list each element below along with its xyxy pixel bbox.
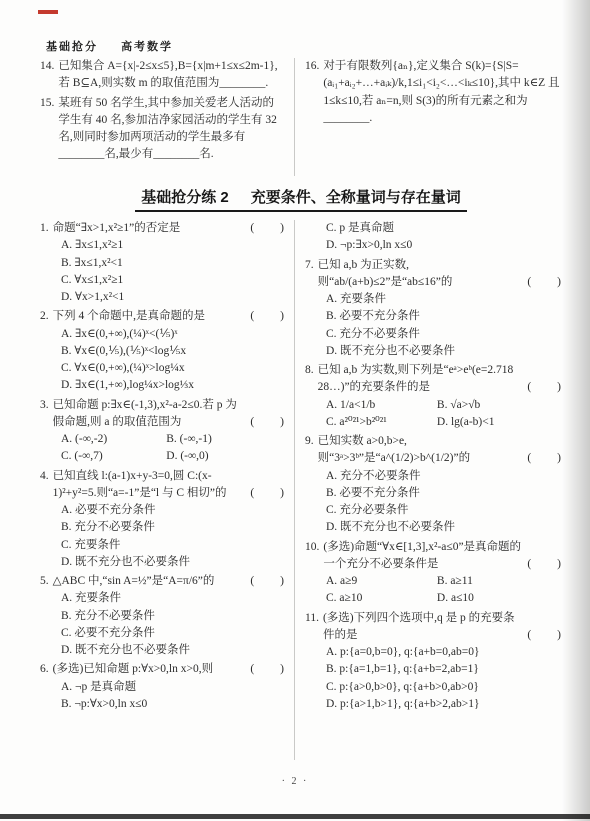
section-title: 基础抢分练 2充要条件、全称量词与存在量词 xyxy=(40,186,562,212)
problem-stem: (多选)下列四个选项中,q 是 p 的充要条件的是 xyxy=(323,610,524,645)
problem-number: 9. xyxy=(305,433,318,468)
previous-exercise-section: 14.已知集合 A={x|-2≤x≤5},B={x|m+1≤x≤2m-1},若 … xyxy=(40,58,562,176)
problem-stem: 已知集合 A={x|-2≤x≤5},B={x|m+1≤x≤2m-1},若 B⊆A… xyxy=(58,58,285,93)
problem-number: 11. xyxy=(305,610,323,645)
problem-stem-row: 1.命题“∃x>1,x²≥1”的否定是( ) xyxy=(40,220,285,237)
options-list: A. ∃x∈(0,+∞),(¼)ˣ<(⅕)ˣB. ∀x∈(0,⅕),(⅕)ˣ<l… xyxy=(40,326,285,395)
problem-number: 14. xyxy=(40,58,58,93)
exercise-section: 1.命题“∃x>1,x²≥1”的否定是( )A. ∃x≤1,x²≥1B. ∃x≤… xyxy=(40,220,562,760)
option-item: D. a≤10 xyxy=(437,590,562,607)
answer-bracket: ( ) xyxy=(527,450,562,467)
option-item: C. 充要条件 xyxy=(61,537,285,554)
problem-number: 15. xyxy=(40,95,58,164)
problem-stem: 对于有限数列{aₙ},定义集合 S(k)={S|S=(aᵢ₁+aᵢ₂+…+aᵢₖ… xyxy=(323,58,562,127)
option-item: D. 既不充分也不必要条件 xyxy=(326,343,562,360)
option-item: B. ¬p:∀x>0,ln x≤0 xyxy=(61,696,285,713)
option-item: C. (-∞,7) xyxy=(61,448,166,465)
problem-16: 16.对于有限数列{aₙ},定义集合 S(k)={S|S=(aᵢ₁+aᵢ₂+…+… xyxy=(305,58,562,127)
main-right-column: C. p 是真命题D. ¬p:∃x>0,ln x≤07.已知 a,b 为正实数,… xyxy=(294,220,562,760)
section-title-prefix: 基础抢分练 2 xyxy=(141,189,229,206)
problem-9: 9.已知实数 a>0,b>e,则“3ᵃ>3ᵇ”是“a^(1/2)>b^(1/2)… xyxy=(305,433,562,537)
problem-14: 14.已知集合 A={x|-2≤x≤5},B={x|m+1≤x≤2m-1},若 … xyxy=(40,58,285,93)
problem-stem: 已知实数 a>0,b>e,则“3ᵃ>3ᵇ”是“a^(1/2)>b^(1/2)”的 xyxy=(318,433,524,468)
header-subject-label: 高考数学 xyxy=(121,41,173,53)
problem-10: 10.(多选)命题“∀x∈[1,3],x²-a≤0”是真命题的一个充分不必要条件… xyxy=(305,539,562,608)
problem-stem-row: 10.(多选)命题“∀x∈[1,3],x²-a≤0”是真命题的一个充分不必要条件… xyxy=(305,539,562,574)
problem-2: 2.下列 4 个命题中,是真命题的是( )A. ∃x∈(0,+∞),(¼)ˣ<(… xyxy=(40,308,285,394)
main-left-column: 1.命题“∃x>1,x²≥1”的否定是( )A. ∃x≤1,x²≥1B. ∃x≤… xyxy=(40,220,294,715)
option-item: B. 充分不必要条件 xyxy=(61,608,285,625)
page-header: 基础抢分 高考数学 xyxy=(46,38,191,54)
option-item: D. 既不充分也不必要条件 xyxy=(61,554,285,571)
option-item: B. p:{a=1,b=1}, q:{a+b=2,ab=1} xyxy=(326,661,562,678)
option-item: A. 必要不充分条件 xyxy=(61,502,285,519)
problem-stem-row: 4.已知直线 l:(a-1)x+y-3=0,圆 C:(x-1)²+y²=5.则“… xyxy=(40,468,285,503)
option-item: A. a≥9 xyxy=(326,573,437,590)
option-item: C. a²⁰²¹>b²⁰²¹ xyxy=(326,414,437,431)
problem-stem-row: 2.下列 4 个命题中,是真命题的是( ) xyxy=(40,308,285,325)
options-list: A. a≥9B. a≥11C. a≥10D. a≤10 xyxy=(305,573,562,608)
answer-bracket: ( ) xyxy=(250,220,285,237)
problem-7: 7.已知 a,b 为正实数,则“ab/(a+b)≤2”是“ab≤16”的( )A… xyxy=(305,257,562,361)
option-item: B. 必要不充分条件 xyxy=(326,308,562,325)
problem-stem-row: 5.△ABC 中,“sin A=½”是“A=π/6”的( ) xyxy=(40,573,285,590)
header-course-label: 基础抢分 xyxy=(46,41,98,53)
options-list: A. p:{a=0,b=0}, q:{a+b=0,ab=0}B. p:{a=1,… xyxy=(305,644,562,713)
problem-number: 2. xyxy=(40,308,53,325)
answer-bracket: ( ) xyxy=(250,573,285,590)
problem-stem: (多选)已知命题 p:∀x>0,ln x>0,则 xyxy=(53,661,247,678)
problem-stem-row: 16.对于有限数列{aₙ},定义集合 S(k)={S|S=(aᵢ₁+aᵢ₂+…+… xyxy=(305,58,562,127)
options-list: A. ∃x≤1,x²≥1B. ∃x≤1,x²<1C. ∀x≤1,x²≥1D. ∀… xyxy=(40,237,285,306)
problem-number: 5. xyxy=(40,573,53,590)
problem-stem-row: 11.(多选)下列四个选项中,q 是 p 的充要条件的是( ) xyxy=(305,610,562,645)
option-item: D. ¬p:∃x>0,ln x≤0 xyxy=(326,237,562,254)
options-list: C. p 是真命题D. ¬p:∃x>0,ln x≤0 xyxy=(305,220,562,255)
options-list: A. 1/a<1/bB. √a>√bC. a²⁰²¹>b²⁰²¹D. lg(a-… xyxy=(305,397,562,432)
problem-number: 6. xyxy=(40,661,53,678)
problem-stem: (多选)命题“∀x∈[1,3],x²-a≤0”是真命题的一个充分不必要条件是 xyxy=(323,539,524,574)
option-item: A. p:{a=0,b=0}, q:{a+b=0,ab=0} xyxy=(326,644,562,661)
options-list: A. ¬p 是真命题B. ¬p:∀x>0,ln x≤0 xyxy=(40,679,285,714)
problem-number: 16. xyxy=(305,58,323,127)
option-item: D. 既不充分也不必要条件 xyxy=(61,642,285,659)
problem-stem: 已知 a,b 为实数,则下列是“eᵃ>eᵇ(e=2.718 28…)”的充要条件… xyxy=(318,362,524,397)
problem-stem-row: 7.已知 a,b 为正实数,则“ab/(a+b)≤2”是“ab≤16”的( ) xyxy=(305,257,562,292)
option-item: B. (-∞,-1) xyxy=(166,431,285,448)
problem-number: 7. xyxy=(305,257,318,292)
answer-bracket: ( ) xyxy=(250,661,285,678)
answer-bracket: ( ) xyxy=(527,627,562,644)
option-item: C. p 是真命题 xyxy=(326,220,562,237)
problem-stem: 已知命题 p:∃x∈(-1,3),x²-a-2≤0.若 p 为假命题,则 a 的… xyxy=(53,397,247,432)
answer-bracket: ( ) xyxy=(250,308,285,325)
problem-stem: 已知 a,b 为正实数,则“ab/(a+b)≤2”是“ab≤16”的 xyxy=(318,257,524,292)
problem-5: 5.△ABC 中,“sin A=½”是“A=π/6”的( )A. 充要条件B. … xyxy=(40,573,285,659)
problem-number: 10. xyxy=(305,539,323,574)
options-list: A. 充分不必要条件B. 必要不充分条件C. 充分必要条件D. 既不充分也不必要… xyxy=(305,468,562,537)
option-item: C. 充分必要条件 xyxy=(326,502,562,519)
options-list: A. 充要条件B. 必要不充分条件C. 充分不必要条件D. 既不充分也不必要条件 xyxy=(305,291,562,360)
problem-stem-row: 6.(多选)已知命题 p:∀x>0,ln x>0,则( ) xyxy=(40,661,285,678)
option-item: D. (-∞,0) xyxy=(166,448,285,465)
option-item: D. 既不充分也不必要条件 xyxy=(326,519,562,536)
option-item: A. ¬p 是真命题 xyxy=(61,679,285,696)
problem-stem-row: 15.某班有 50 名学生,其中参加关爱老人活动的学生有 40 名,参加洁净家园… xyxy=(40,95,285,164)
option-item: A. 充要条件 xyxy=(326,291,562,308)
problem-stem: 命题“∃x>1,x²≥1”的否定是 xyxy=(53,220,247,237)
problem-15: 15.某班有 50 名学生,其中参加关爱老人活动的学生有 40 名,参加洁净家园… xyxy=(40,95,285,164)
option-item: C. ∀x≤1,x²≥1 xyxy=(61,272,285,289)
problem-3: 3.已知命题 p:∃x∈(-1,3),x²-a-2≤0.若 p 为假命题,则 a… xyxy=(40,397,285,466)
option-item: B. √a>√b xyxy=(437,397,562,414)
problem-stem-row: 3.已知命题 p:∃x∈(-1,3),x²-a-2≤0.若 p 为假命题,则 a… xyxy=(40,397,285,432)
answer-bracket: ( ) xyxy=(527,274,562,291)
problem-4: 4.已知直线 l:(a-1)x+y-3=0,圆 C:(x-1)²+y²=5.则“… xyxy=(40,468,285,572)
answer-bracket: ( ) xyxy=(250,485,285,502)
option-item: B. ∀x∈(0,⅕),(⅕)ˣ<log⅕x xyxy=(61,343,285,360)
problem-number: 8. xyxy=(305,362,318,397)
options-list: A. 充要条件B. 充分不必要条件C. 必要不充分条件D. 既不充分也不必要条件 xyxy=(40,590,285,659)
workbook-page: 基础抢分 高考数学 14.已知集合 A={x|-2≤x≤5},B={x|m+1≤… xyxy=(0,0,590,821)
problem-stem: 已知直线 l:(a-1)x+y-3=0,圆 C:(x-1)²+y²=5.则“a=… xyxy=(53,468,247,503)
problem-continuation: C. p 是真命题D. ¬p:∃x>0,ln x≤0 xyxy=(305,220,562,255)
option-item: B. ∃x≤1,x²<1 xyxy=(61,255,285,272)
problem-1: 1.命题“∃x>1,x²≥1”的否定是( )A. ∃x≤1,x²≥1B. ∃x≤… xyxy=(40,220,285,306)
option-item: C. 充分不必要条件 xyxy=(326,326,562,343)
option-item: C. ∀x∈(0,+∞),(¼)ˣ>log¼x xyxy=(61,360,285,377)
option-item: B. 充分不必要条件 xyxy=(61,519,285,536)
answer-bracket: ( ) xyxy=(250,414,285,431)
top-right-column: 16.对于有限数列{aₙ},定义集合 S(k)={S|S=(aᵢ₁+aᵢ₂+…+… xyxy=(294,58,562,176)
option-item: C. 必要不充分条件 xyxy=(61,625,285,642)
problem-8: 8.已知 a,b 为实数,则下列是“eᵃ>eᵇ(e=2.718 28…)”的充要… xyxy=(305,362,562,431)
option-item: B. 必要不充分条件 xyxy=(326,485,562,502)
problem-number: 3. xyxy=(40,397,53,432)
problem-stem: △ABC 中,“sin A=½”是“A=π/6”的 xyxy=(53,573,247,590)
option-item: A. (-∞,-2) xyxy=(61,431,166,448)
section-title-text: 充要条件、全称量词与存在量词 xyxy=(251,189,461,206)
option-item: D. ∀x>1,x²<1 xyxy=(61,289,285,306)
answer-bracket: ( ) xyxy=(527,556,562,573)
option-item: B. a≥11 xyxy=(437,573,562,590)
option-item: C. p:{a>0,b>0}, q:{a+b>0,ab>0} xyxy=(326,679,562,696)
problem-stem: 某班有 50 名学生,其中参加关爱老人活动的学生有 40 名,参加洁净家园活动的… xyxy=(58,95,285,164)
options-list: A. 必要不充分条件B. 充分不必要条件C. 充要条件D. 既不充分也不必要条件 xyxy=(40,502,285,571)
bottom-scan-band xyxy=(0,814,590,819)
option-item: D. p:{a>1,b>1}, q:{a+b>2,ab>1} xyxy=(326,696,562,713)
problem-6: 6.(多选)已知命题 p:∀x>0,ln x>0,则( )A. ¬p 是真命题B… xyxy=(40,661,285,713)
problem-stem: 下列 4 个命题中,是真命题的是 xyxy=(53,308,247,325)
problem-stem-row: 8.已知 a,b 为实数,则下列是“eᵃ>eᵇ(e=2.718 28…)”的充要… xyxy=(305,362,562,397)
problem-number: 1. xyxy=(40,220,53,237)
section-title-underline: 基础抢分练 2充要条件、全称量词与存在量词 xyxy=(135,186,467,212)
option-item: C. a≥10 xyxy=(326,590,437,607)
option-item: A. ∃x≤1,x²≥1 xyxy=(61,237,285,254)
page-content: 14.已知集合 A={x|-2≤x≤5},B={x|m+1≤x≤2m-1},若 … xyxy=(40,58,562,760)
option-item: A. 充要条件 xyxy=(61,590,285,607)
footer-page-number: · 2 · xyxy=(0,776,590,787)
option-item: A. ∃x∈(0,+∞),(¼)ˣ<(⅕)ˣ xyxy=(61,326,285,343)
options-list: A. (-∞,-2)B. (-∞,-1)C. (-∞,7)D. (-∞,0) xyxy=(40,431,285,466)
option-item: A. 1/a<1/b xyxy=(326,397,437,414)
problem-11: 11.(多选)下列四个选项中,q 是 p 的充要条件的是( )A. p:{a=0… xyxy=(305,610,562,714)
problem-stem-row: 9.已知实数 a>0,b>e,则“3ᵃ>3ᵇ”是“a^(1/2)>b^(1/2)… xyxy=(305,433,562,468)
answer-bracket: ( ) xyxy=(527,379,562,396)
top-left-column: 14.已知集合 A={x|-2≤x≤5},B={x|m+1≤x≤2m-1},若 … xyxy=(40,58,294,166)
problem-stem-row: 14.已知集合 A={x|-2≤x≤5},B={x|m+1≤x≤2m-1},若 … xyxy=(40,58,285,93)
red-tick-mark xyxy=(38,10,58,14)
problem-number: 4. xyxy=(40,468,53,503)
option-item: D. ∃x∈(1,+∞),log¼x>log⅓x xyxy=(61,377,285,394)
option-item: A. 充分不必要条件 xyxy=(326,468,562,485)
option-item: D. lg(a-b)<1 xyxy=(437,414,562,431)
